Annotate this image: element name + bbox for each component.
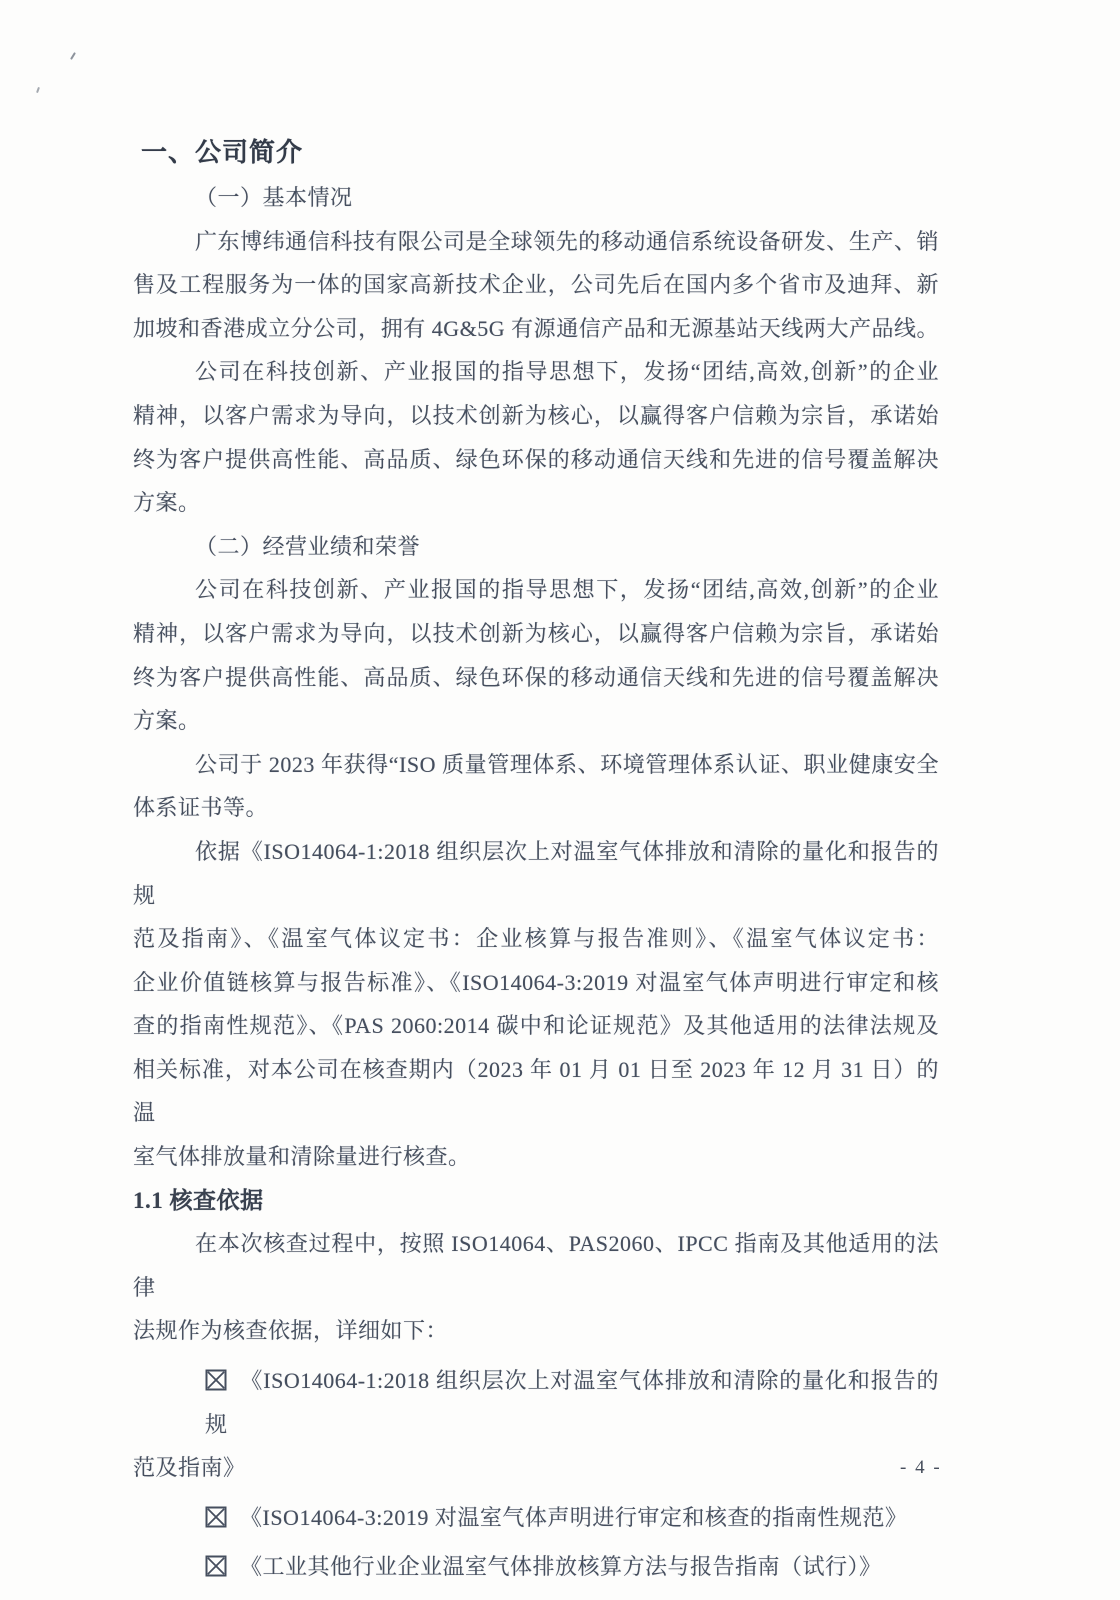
checklist-item-line: 《工业其他行业企业温室气体排放核算方法与报告指南（试行）》	[133, 1545, 939, 1589]
paragraph-line: 方案。	[133, 481, 939, 525]
checklist-item-line: 《ISO14064-1:2018 组织层次上对温室气体排放和清除的量化和报告的规	[133, 1359, 939, 1446]
scan-speck	[36, 87, 40, 93]
paragraph-line: 公司在科技创新、产业报国的指导思想下，发扬“团结,高效,创新”的企业	[133, 568, 939, 612]
paragraph-line: 法规作为核查依据，详细如下：	[133, 1309, 939, 1353]
paragraph-line: 公司于 2023 年获得“ISO 质量管理体系、环境管理体系认证、职业健康安全	[133, 743, 939, 787]
subsection-heading: （一）基本情况	[133, 176, 939, 220]
section-heading: 一、公司简介	[133, 130, 939, 176]
paragraph-line: 方案。	[133, 699, 939, 743]
paragraph-line: 查的指南性规范》、《PAS 2060:2014 碳中和论证规范》及其他适用的法律…	[133, 1004, 939, 1048]
paragraph-line: 室气体排放量和清除量进行核查。	[133, 1135, 939, 1179]
paragraph-line: 公司在科技创新、产业报国的指导思想下，发扬“团结,高效,创新”的企业	[133, 350, 939, 394]
paragraph-line: 企业价值链核算与报告标准》、《ISO14064-3:2019 对温室气体声明进行…	[133, 961, 939, 1005]
document-body: 一、公司简介 （一）基本情况 广东博纬通信科技有限公司是全球领先的移动通信系统设…	[133, 130, 939, 1589]
paragraph-line: 终为客户提供高性能、高品质、绿色环保的移动通信天线和先进的信号覆盖解决	[133, 438, 939, 482]
paragraph-line: 精神，以客户需求为导向，以技术创新为核心，以赢得客户信赖为宗旨，承诺始	[133, 394, 939, 438]
paragraph-line: 精神，以客户需求为导向，以技术创新为核心，以赢得客户信赖为宗旨，承诺始	[133, 612, 939, 656]
checked-checkbox-icon	[205, 1555, 227, 1577]
subsection-number-heading: 1.1 核查依据	[133, 1179, 939, 1223]
paragraph-line: 范及指南》、《温室气体议定书：企业核算与报告准则》、《温室气体议定书：	[133, 917, 939, 961]
page-number: - 4 -	[900, 1457, 942, 1479]
paragraph-line: 依据《ISO14064-1:2018 组织层次上对温室气体排放和清除的量化和报告…	[133, 830, 939, 917]
paragraph-line: 终为客户提供高性能、高品质、绿色环保的移动通信天线和先进的信号覆盖解决	[133, 656, 939, 700]
paragraph-line: 售及工程服务为一体的国家高新技术企业，公司先后在国内多个省市及迪拜、新	[133, 263, 939, 307]
checklist-item-text: 《ISO14064-1:2018 组织层次上对温室气体排放和清除的量化和报告的规	[205, 1368, 939, 1437]
paragraph-line: 广东博纬通信科技有限公司是全球领先的移动通信系统设备研发、生产、销	[133, 220, 939, 264]
paragraph-line: 相关标准，对本公司在核查期内（2023 年 01 月 01 日至 2023 年 …	[133, 1048, 939, 1135]
paragraph-line: 加坡和香港成立分公司，拥有 4G&5G 有源通信产品和无源基站天线两大产品线。	[133, 307, 939, 351]
checklist-item-text: 《工业其他行业企业温室气体排放核算方法与报告指南（试行）》	[240, 1554, 882, 1579]
checklist-item-continuation: 范及指南》	[133, 1446, 939, 1490]
subsection-heading: （二）经营业绩和荣誉	[133, 525, 939, 569]
paragraph-line: 体系证书等。	[133, 786, 939, 830]
checklist-item-line: 《ISO14064-3:2019 对温室气体声明进行审定和核查的指南性规范》	[133, 1496, 939, 1540]
checked-checkbox-icon	[205, 1506, 227, 1528]
checked-checkbox-icon	[205, 1369, 227, 1391]
paragraph-line: 在本次核查过程中，按照 ISO14064、PAS2060、IPCC 指南及其他适…	[133, 1222, 939, 1309]
checklist-item-text: 《ISO14064-3:2019 对温室气体声明进行审定和核查的指南性规范》	[240, 1505, 907, 1530]
scan-speck	[70, 52, 76, 60]
document-page: 一、公司简介 （一）基本情况 广东博纬通信科技有限公司是全球领先的移动通信系统设…	[0, 0, 1120, 1600]
